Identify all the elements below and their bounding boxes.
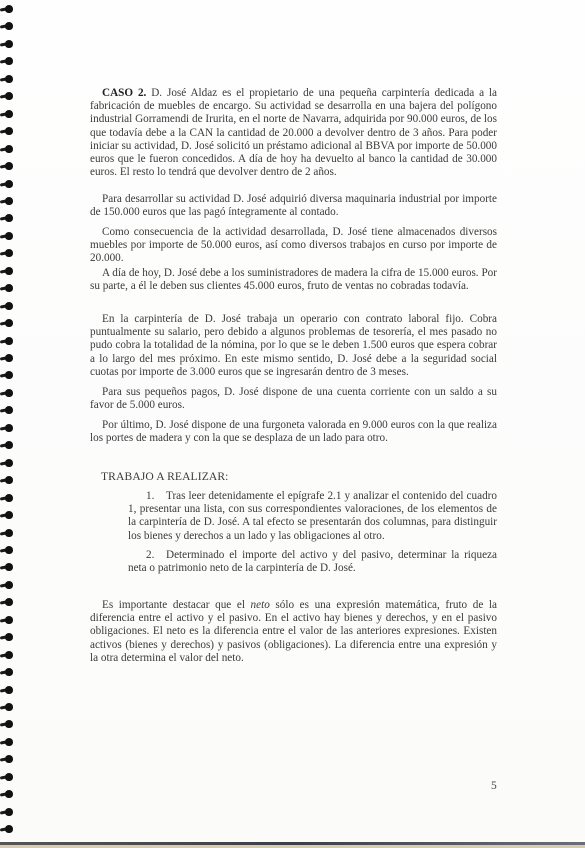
document-page: CASO 2. D. José Aldaz es el propietario … [0,0,585,843]
spiral-binding-ring-icon [0,21,14,31]
spiral-binding-ring-icon [0,126,14,136]
spiral-binding-ring-icon [0,615,14,625]
paragraph-text: Por último, D. José dispone de una furgo… [90,419,497,445]
case-paragraph-1: CASO 2. D. José Aldaz es el propietario … [90,87,497,179]
spiral-binding-ring-icon [0,685,14,695]
spiral-binding-ring-icon [0,458,14,468]
note-text-start: Es importante destacar que el [102,599,251,611]
spiral-binding-ring-icon [0,91,14,101]
task-number: 1. [146,490,166,503]
spiral-binding-ring-icon [0,336,14,346]
spiral-binding-ring-icon [0,545,14,555]
case-paragraph-5: En la carpintería de D. José trabaja un … [90,313,497,379]
paragraph-text: En la carpintería de D. José trabaja un … [90,313,497,379]
spiral-binding-ring-icon [0,562,14,572]
page-number: 5 [491,780,497,792]
paragraph-text: Para desarrollar su actividad D. José ad… [90,193,497,219]
spiral-binding-ring-icon [0,196,14,206]
spiral-binding-ring-icon [0,510,14,520]
spiral-binding-ring-icon [0,353,14,363]
task-text: Tras leer detenidamente el epígrafe 2.1 … [128,490,497,542]
note-paragraph: Es importante destacar que el neto sólo … [90,599,497,665]
spiral-binding-ring-icon [0,754,14,764]
spiral-binding-ring-icon [0,74,14,84]
task-number: 2. [146,549,166,562]
task-heading: TRABAJO A REALIZAR: [101,470,229,483]
note-italic-term: neto [251,599,270,611]
case-paragraph-7: Por último, D. José dispone de una furgo… [90,419,497,445]
paragraph-text: D. José Aldaz es el propietario de una p… [90,87,497,178]
paragraph-text: A día de hoy, D. José debe a los suminis… [90,267,497,293]
spiral-binding-ring-icon [0,179,14,189]
case-paragraph-3: Como consecuencia de la actividad desarr… [90,226,497,266]
case-paragraph-6: Para sus pequeños pagos, D. José dispone… [90,386,497,412]
spiral-binding-ring-icon [0,388,14,398]
task-item-1: 1.Tras leer detenidamente el epígrafe 2.… [128,490,497,543]
spiral-binding [0,0,20,848]
spiral-binding-ring-icon [0,632,14,642]
spiral-binding-ring-icon [0,370,14,380]
case-label: CASO 2. [102,87,146,99]
spiral-binding-ring-icon [0,231,14,241]
task-item-2: 2.Determinado el importe del activo y de… [128,549,497,575]
spiral-binding-ring-icon [0,772,14,782]
spiral-binding-ring-icon [0,266,14,276]
spiral-binding-ring-icon [0,248,14,258]
spiral-binding-ring-icon [0,423,14,433]
spiral-binding-ring-icon [0,405,14,415]
spiral-binding-ring-icon [0,4,14,14]
spiral-binding-ring-icon [0,161,14,171]
spiral-binding-ring-icon [0,528,14,538]
spiral-binding-ring-icon [0,440,14,450]
spiral-binding-ring-icon [0,719,14,729]
spiral-binding-ring-icon [0,597,14,607]
spiral-binding-ring-icon [0,650,14,660]
spiral-binding-ring-icon [0,301,14,311]
spiral-binding-ring-icon [0,283,14,293]
spiral-binding-ring-icon [0,702,14,712]
spiral-binding-ring-icon [0,144,14,154]
spiral-binding-ring-icon [0,807,14,817]
paragraph-text: Como consecuencia de la actividad desarr… [90,226,497,266]
spiral-binding-ring-icon [0,475,14,485]
spiral-binding-ring-icon [0,318,14,328]
spiral-binding-ring-icon [0,667,14,677]
spiral-binding-ring-icon [0,213,14,223]
case-paragraph-4: A día de hoy, D. José debe a los suminis… [90,267,497,293]
spiral-binding-ring-icon [0,737,14,747]
spiral-binding-ring-icon [0,39,14,49]
task-text: Determinado el importe del activo y del … [128,549,497,574]
spiral-binding-ring-icon [0,109,14,119]
spiral-binding-ring-icon [0,580,14,590]
case-paragraph-2: Para desarrollar su actividad D. José ad… [90,193,497,219]
spiral-binding-ring-icon [0,493,14,503]
spiral-binding-ring-icon [0,824,14,834]
paragraph-text: Para sus pequeños pagos, D. José dispone… [90,386,497,412]
spiral-binding-ring-icon [0,789,14,799]
spiral-binding-ring-icon [0,56,14,66]
